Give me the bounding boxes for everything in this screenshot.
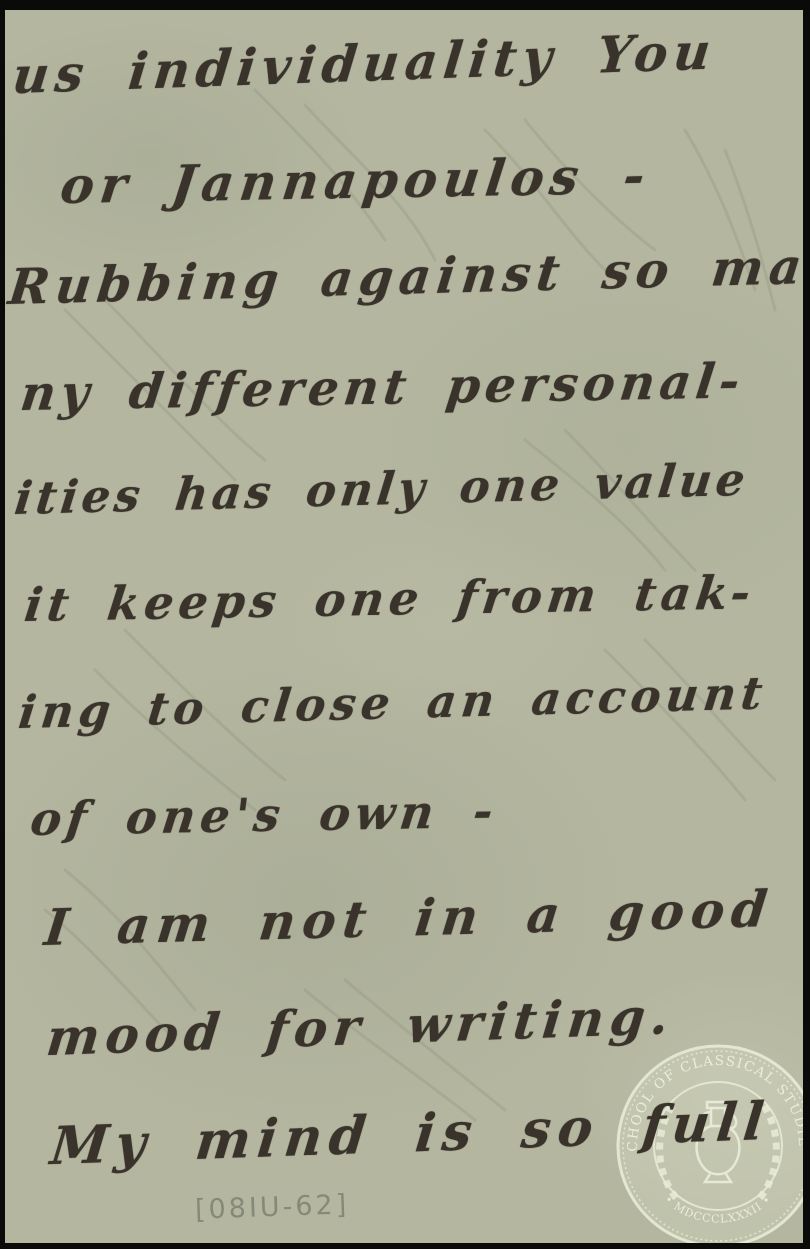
scanned-letter-page: AMERICAN SCHOOL OF CLASSICAL STUDIES AT …: [0, 0, 810, 1249]
handwriting-line: of one's own -: [28, 784, 501, 846]
letter-paper: AMERICAN SCHOOL OF CLASSICAL STUDIES AT …: [5, 10, 803, 1243]
catalog-annotation: [08IU-62]: [195, 1189, 350, 1225]
handwriting-line: or Jannapoulos -: [57, 146, 654, 215]
